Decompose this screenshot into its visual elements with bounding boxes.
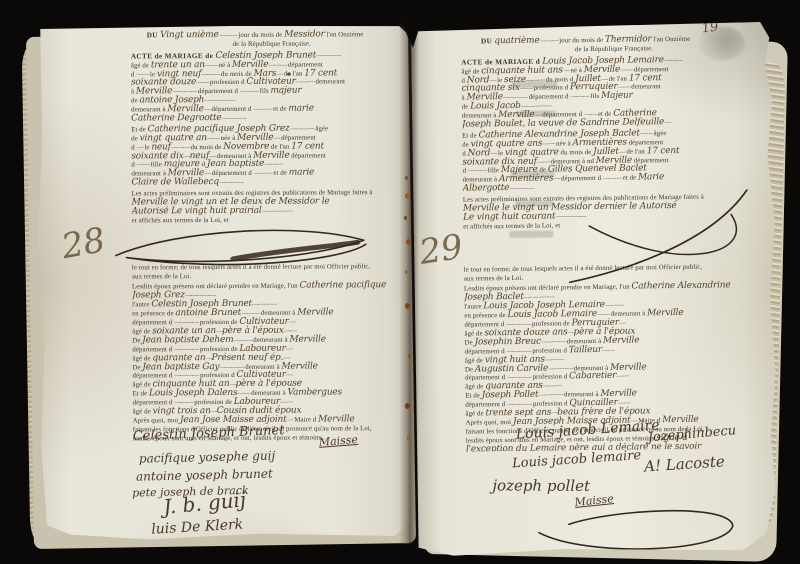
right-page-signatures: Louis jacob LemaireJozephinbecuLouis jac… xyxy=(411,22,779,556)
signature: A! Lacoste xyxy=(644,452,726,475)
left-page-signatures: Celestin Joseph BrunetMaissepacifique yo… xyxy=(35,24,410,541)
signature: luis De Klerk xyxy=(151,516,244,537)
signature: Celestin Joseph Brunet xyxy=(133,423,285,444)
right-page: 29 19 DU quatrième——— jour du mois de Th… xyxy=(411,22,779,556)
register-book: 28 DU Vingt unième——— jour du mois de Me… xyxy=(0,0,800,564)
signature: Louis jacob Lemaire xyxy=(515,417,660,442)
signature: Louis jacob lemaire xyxy=(512,448,642,471)
signature: antoine yoseph brunet xyxy=(136,467,273,484)
signature: jozeph pollet xyxy=(492,476,590,495)
signature: Maisse xyxy=(318,433,358,449)
left-page: 28 DU Vingt unième——— jour du mois de Me… xyxy=(35,24,410,541)
signature: Jozephinbecu xyxy=(647,423,736,445)
ink-speck xyxy=(287,73,291,76)
book-gutter xyxy=(399,22,419,544)
signature: pacifique yosephe guij xyxy=(139,449,276,466)
foxing-spots xyxy=(405,176,408,180)
signature: Maisse xyxy=(574,492,614,509)
